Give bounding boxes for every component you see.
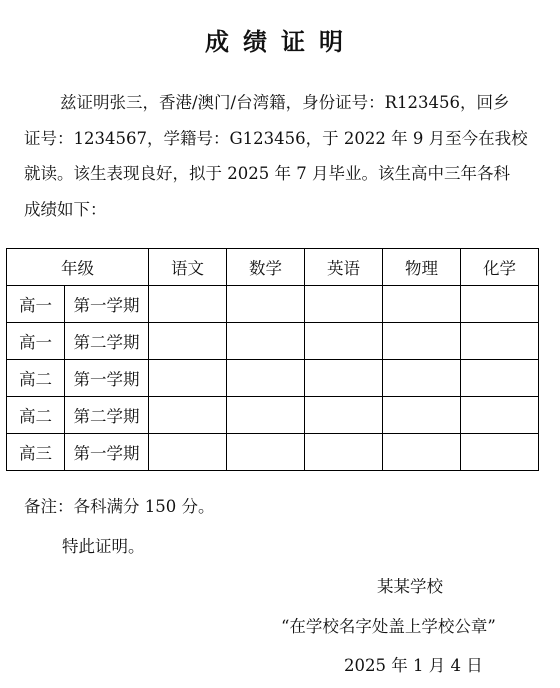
paragraph-line-2: 证号：1234567，学籍号：G123456，于 2022 年 9 月至今在我校 (24, 129, 528, 149)
term-cell: 第一学期 (65, 286, 149, 323)
grade-cell: 高三 (7, 434, 65, 471)
table-row: 高三 第一学期 (7, 434, 539, 471)
score-cell (383, 323, 461, 360)
term-cell: 第二学期 (65, 323, 149, 360)
school-name: 某某学校 (377, 577, 443, 597)
grade-cell: 高一 (7, 323, 65, 360)
score-cell (461, 360, 539, 397)
score-cell (383, 434, 461, 471)
header-subject-english: 英语 (305, 249, 383, 286)
table-row: 高一 第二学期 (7, 323, 539, 360)
grade-cell: 高二 (7, 360, 65, 397)
grades-table: 年级 语文 数学 英语 物理 化学 高一 第一学期 高一 第二学期 高二 第一学… (6, 248, 539, 471)
score-cell (149, 397, 227, 434)
grade-cell: 高一 (7, 286, 65, 323)
paragraph-line-1: 兹证明张三，香港/澳门/台湾籍，身份证号：R123456，回乡 (60, 93, 510, 113)
score-cell (383, 286, 461, 323)
header-subject-physics: 物理 (383, 249, 461, 286)
score-cell (227, 434, 305, 471)
seal-instruction: “在学校名字处盖上学校公章” (281, 617, 496, 637)
score-cell (227, 323, 305, 360)
header-subject-chemistry: 化学 (461, 249, 539, 286)
closing-text: 特此证明。 (62, 537, 145, 557)
score-cell (305, 286, 383, 323)
document-title: 成绩证明 (0, 22, 548, 57)
table-row: 高二 第一学期 (7, 360, 539, 397)
score-cell (227, 397, 305, 434)
score-cell (461, 397, 539, 434)
score-cell (461, 323, 539, 360)
table-row: 高二 第二学期 (7, 397, 539, 434)
term-cell: 第二学期 (65, 397, 149, 434)
header-subject-chinese: 语文 (149, 249, 227, 286)
score-cell (305, 397, 383, 434)
table-row: 高一 第一学期 (7, 286, 539, 323)
note-text: 备注：各科满分 150 分。 (24, 497, 214, 517)
score-cell (461, 434, 539, 471)
score-cell (383, 360, 461, 397)
score-cell (149, 360, 227, 397)
score-cell (149, 286, 227, 323)
score-cell (227, 286, 305, 323)
term-cell: 第一学期 (65, 434, 149, 471)
paragraph-line-4: 成绩如下： (24, 200, 107, 220)
header-subject-math: 数学 (227, 249, 305, 286)
score-cell (149, 434, 227, 471)
document-date: 2025 年 1 月 4 日 (344, 656, 483, 676)
score-cell (149, 323, 227, 360)
score-cell (227, 360, 305, 397)
score-cell (383, 397, 461, 434)
grade-cell: 高二 (7, 397, 65, 434)
score-cell (305, 360, 383, 397)
score-cell (305, 323, 383, 360)
score-cell (305, 434, 383, 471)
paragraph-line-3: 就读。该生表现良好，拟于 2025 年 7 月毕业。该生高中三年各科 (24, 164, 510, 184)
score-cell (461, 286, 539, 323)
table-header-row: 年级 语文 数学 英语 物理 化学 (7, 249, 539, 286)
header-grade: 年级 (7, 249, 149, 286)
term-cell: 第一学期 (65, 360, 149, 397)
